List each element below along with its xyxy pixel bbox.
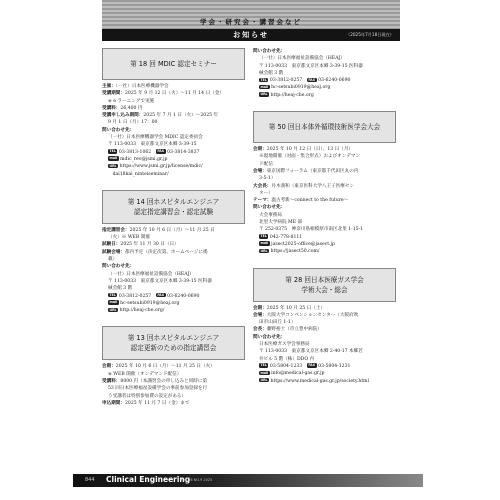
info-line: mailmdic_rev@jsmi.gr.jp	[102, 156, 245, 163]
info-line: URLhttp://heaj-che.org	[253, 92, 396, 99]
tel-icon: TEL	[259, 363, 268, 367]
tel-icon: TEL	[108, 149, 117, 153]
magazine-title: Clinical Engineering	[106, 475, 190, 484]
section-title-line: 認定指定講習会・認定試験	[103, 207, 244, 217]
field-label: 会場：	[253, 313, 267, 318]
field-value: 械会館 3 階	[259, 71, 283, 76]
info-line: 問い合わせ先：	[102, 263, 245, 270]
field-value: 03-5804-1233	[270, 364, 302, 369]
field-label: 申込期間：	[102, 401, 125, 406]
info-line: テーマ：温古考新～connect to the future～	[253, 197, 396, 204]
info-line: 試験日：2025 年 11 月 30 日（日）	[102, 241, 245, 248]
info-line: 械会館 3 階	[253, 70, 396, 77]
info-line: 北里大学病院 ME 部	[253, 219, 396, 226]
field-value: 2025 年 10 月 6 日（月）～11 月 25 日	[130, 228, 215, 233]
fax-icon: FAX	[307, 78, 317, 82]
field-label: 会長：	[253, 327, 267, 332]
date-note: （2025年7月18日現在）	[346, 32, 394, 38]
info-line: TEL03-5804-1233 FAX03-5804-1231	[253, 363, 396, 370]
field-value: 53 回日本医療福祉設備学会の事前参加登録を行	[108, 386, 207, 391]
info-line: 受講料：26,400 円	[102, 105, 245, 112]
header-category: 学会・研究会・講習会など	[102, 17, 400, 26]
field-value: ※ e ラーニングで実施	[108, 99, 154, 104]
info-line: う受講者は特別参加費の設定がある）	[102, 393, 245, 400]
info-line: 会場：東京国際フォーラム（東京都千代田区丸の内	[253, 168, 396, 175]
section-title: 第 13 回ホスピタルエンジニア認定更新のための指定講習会	[102, 326, 245, 360]
right-column: 問い合わせ先：（一社）日本医療福祉設備協会（HEAJ）〒 113-0033 東京…	[253, 48, 396, 385]
info-line: ター）	[253, 190, 396, 197]
fax-icon: FAX	[156, 149, 166, 153]
section-title-line: 学術大会・総会	[254, 285, 395, 295]
section-title-line: 第 18 回 MDIC 認定セミナー	[103, 59, 244, 69]
section-title-line: 認定更新のための指定講習会	[103, 343, 244, 353]
section-title-line: 第 28 回日本医療ガス学会	[254, 275, 395, 285]
field-label: 大会長：	[253, 184, 271, 189]
field-value: 042-778-8111	[270, 235, 302, 240]
section-title: 第 14 回ホスピタルエンジニア認定指定講習会・認定試験	[102, 190, 245, 224]
info-line: URLhttps://www.jsmi.gr.jp/license/mdic/	[102, 163, 245, 170]
info-line: mailhc-setsubi0919@heaj.org	[102, 300, 245, 307]
field-value: 26,400 円	[120, 106, 142, 111]
section-title: 第 50 回日本体外循環技術医学会大会	[253, 111, 396, 143]
info-line: ※ WEB 開催（オンデマンド配信）	[102, 371, 245, 378]
field-label: 問い合わせ先：	[253, 205, 285, 210]
field-value: 日本医療ガス学会事務局	[259, 342, 310, 347]
info-line: 会場：大阪大学コンベンションセンター（大阪府吹	[253, 312, 396, 319]
info-line: URLhttp://heaj-che.org/	[102, 307, 245, 314]
field-label: 会期：	[102, 364, 116, 369]
info-line: 受講料：8000 円（本講習会の申し込みと同時に第	[102, 378, 245, 385]
mail-icon: mail	[108, 156, 119, 160]
url-icon: URL	[259, 92, 269, 96]
field-value: 03-6240-0690	[318, 78, 350, 83]
url-icon: URL	[259, 249, 269, 253]
field-value: 井ビル 5 階（株）DDO 内	[259, 357, 314, 362]
field-value: 械会館 3 階	[108, 286, 132, 291]
field-value: 温古考新～connect to the future～	[271, 198, 348, 203]
field-value: 〒 113-0033 東京都文京区本郷 3-39-15 医科器	[108, 279, 212, 284]
info-line: ※現地開催（対面・集合形式）およびオンデマン	[253, 153, 396, 160]
field-value: 東京国際フォーラム（東京都千代田区丸の内	[267, 169, 359, 174]
section-title-line: 第 50 回日本体外循環技術医学会大会	[254, 122, 395, 132]
email-link[interactable]: mdic_rev@jsmi.gr.jp	[120, 157, 167, 162]
url-link[interactable]: https://jasect50.com/	[271, 249, 320, 254]
field-label: 問い合わせ先：	[102, 264, 134, 269]
mail-icon: mail	[259, 85, 270, 89]
email-link[interactable]: info@medical-gas.gr.jp	[271, 371, 324, 376]
info-line: mailhc-setsubi0919@heaj.org	[253, 84, 396, 91]
field-value: 丹木義和（東京医科大学八王子医療セン	[271, 184, 354, 189]
info-line: 受講申し込み期間：2025 年 7 月 1 日（火）～2025 年	[102, 112, 245, 119]
tel-icon: TEL	[259, 78, 268, 82]
info-line: mailinfo@medical-gas.gr.jp	[253, 370, 396, 377]
info-line: 会期：2025 年 10 月 6 日（月）～11 月 25 日（火）	[102, 363, 245, 370]
field-value: 03-6240-0690	[167, 294, 199, 299]
section-title: 第 18 回 MDIC 認定セミナー	[102, 48, 245, 80]
field-value: 都内予定（決定次第、ホームページに掲	[125, 250, 208, 255]
field-value: 03-3812-0257	[270, 78, 302, 83]
info-line: dai18kai_ninteiseminar/	[102, 171, 245, 178]
info-line: mailjasect2025-office@jasect.jp	[253, 241, 396, 248]
field-label: 問い合わせ先：	[253, 49, 285, 54]
field-label: 指定講習会：	[102, 228, 130, 233]
info-line: （一社）日本医療機器学会 MDIC 認定委員会	[102, 134, 245, 141]
field-value: 2025 年 10 月 12 日（日）、13 日（月）	[267, 147, 353, 152]
info-line: 問い合わせ先：	[102, 127, 245, 134]
volume-info: VOL.36 NO.9 2025	[180, 478, 212, 482]
field-value: 03-5804-1231	[318, 364, 350, 369]
info-line: 指定講習会：2025 年 10 月 6 日（月）～11 月 25 日	[102, 227, 245, 234]
info-line: 会期：2025 年 10 月 25 日（土）	[253, 305, 396, 312]
info-line: 〒 113-0033 東京都文京区本郷 3-39-15 医科器	[253, 63, 396, 70]
info-line: 大会事務局	[253, 212, 396, 219]
info-line: URLhttps://www.medical-gas.gr.jp/society…	[253, 378, 396, 385]
info-line: URLhttps://jasect50.com/	[253, 248, 396, 255]
info-line: TEL03-3812-0257 FAX03-6240-0690	[102, 293, 245, 300]
info-line: 〒 113-0033 東京都文京区本郷 3-39-15	[102, 141, 245, 148]
field-label: 受講料：	[102, 106, 120, 111]
info-line: 53 回日本医療福祉設備学会の事前参加登録を行	[102, 385, 245, 392]
field-value: 9 月 1 日（月）17：00	[108, 120, 157, 125]
info-line: 〒 113-0033 東京都文京区本郷 3-39-15 医科器	[102, 278, 245, 285]
tel-icon: TEL	[259, 234, 268, 238]
section-gap	[253, 99, 396, 111]
field-label: 受講申し込み期間：	[102, 113, 143, 118]
tel-icon: TEL	[108, 293, 117, 297]
mail-icon: mail	[108, 300, 119, 304]
info-line: 申込期間：2025 年 11 月 7 日（金）まで	[102, 400, 245, 407]
mail-icon: mail	[259, 371, 270, 375]
url-link[interactable]: http://heaj-che.org/	[120, 308, 165, 313]
info-line: （一社）日本医療福祉設備協会（HEAJ）	[253, 55, 396, 62]
info-line: 3-5-1）	[253, 175, 396, 182]
section-title-line: 第 14 回ホスピタルエンジニア	[103, 197, 244, 207]
info-line: ド配信	[253, 161, 396, 168]
page-footer: 844 Clinical Engineering VOL.36 NO.9 202…	[73, 474, 423, 487]
email-link[interactable]: hc-setsubi0919@heaj.org	[120, 301, 179, 306]
info-line: 問い合わせ先：	[253, 48, 396, 55]
field-value: う受講者は特別参加費の設定がある）	[108, 394, 186, 399]
field-value: 2025 年 11 月 30 日（日）	[120, 242, 178, 247]
field-label: 問い合わせ先：	[253, 335, 285, 340]
info-line: 会期：2025 年 10 月 12 日（日）、13 日（月）	[253, 146, 396, 153]
field-label: 会期：	[253, 306, 267, 311]
info-line: 載）	[102, 256, 245, 263]
field-value: 〒 113-0033 東京都文京区本郷 2-40-17 本郷若	[259, 349, 363, 354]
field-label: 受講期間：	[102, 91, 125, 96]
info-line: 〒 113-0033 東京都文京区本郷 2-40-17 本郷若	[253, 348, 396, 355]
info-line: TEL042-778-8111	[253, 234, 396, 241]
email-link[interactable]: jasect2025-office@jasect.jp	[271, 242, 335, 247]
field-label: 会場：	[253, 169, 267, 174]
field-value: 2025 年 9 月 12 日（火）～11 月 14 日（金）	[125, 91, 224, 96]
field-label: 試験日：	[102, 242, 120, 247]
field-value: 大会事務局	[259, 213, 282, 218]
info-line: （一社）日本医療福祉設備協会（HEAJ）	[102, 271, 245, 278]
email-link[interactable]: hc-setsubi0919@heaj.org	[271, 85, 330, 90]
field-value: 〒 113-0033 東京都文京区本郷 3-39-15 医科器	[259, 64, 363, 69]
field-value: 2025 年 10 月 6 日（月）～11 月 25 日（火）	[116, 364, 215, 369]
info-line: 試験会場：都内予定（決定次第、ホームページに掲	[102, 249, 245, 256]
mail-icon: mail	[259, 241, 270, 245]
field-value: ター）	[259, 191, 273, 196]
field-value: 03-3812-0257	[119, 294, 151, 299]
field-label: 主催：	[102, 84, 116, 89]
info-line: 問い合わせ先：	[253, 334, 396, 341]
info-line: 日本医療ガス学会事務局	[253, 341, 396, 348]
url-icon: URL	[108, 308, 118, 312]
section-gap	[102, 178, 245, 190]
fax-icon: FAX	[156, 293, 166, 297]
field-label: 問い合わせ先：	[102, 128, 134, 133]
field-label: 受講料：	[102, 379, 120, 384]
field-value: 〒 113-0033 東京都文京区本郷 3-39-15	[108, 142, 197, 147]
info-line: TEL03-3813-1062 FAX03-3814-3837	[102, 149, 245, 156]
info-line: 9 月 1 日（月）17：00	[102, 119, 245, 126]
field-value: dai18kai_ninteiseminar/	[108, 172, 169, 177]
field-value: （一社）日本医療福祉設備協会（HEAJ）	[259, 56, 345, 61]
info-line: 井ビル 5 階（株）DDO 内	[253, 356, 396, 363]
info-line: TEL03-3812-0257 FAX03-6240-0690	[253, 77, 396, 84]
field-value: 3-5-1）	[259, 176, 275, 181]
url-icon: URL	[108, 164, 118, 168]
info-line: 田市山田丘 1-1）	[253, 319, 396, 326]
field-value: 03-3813-1062	[119, 150, 151, 155]
field-value: 2025 年 10 月 25 日（土）	[267, 306, 325, 311]
section-title-line: 第 13 回ホスピタルエンジニア	[103, 333, 244, 343]
field-value: ※現地開催（対面・集合形式）およびオンデマン	[259, 154, 360, 159]
field-label: 試験会場：	[102, 250, 125, 255]
info-line: 受講期間：2025 年 9 月 12 日（火）～11 月 14 日（金）	[102, 90, 245, 97]
field-value: ド配信	[259, 162, 273, 167]
field-value: 載）	[108, 257, 117, 262]
info-line: 大会長：丹木義和（東京医科大学八王子医療セン	[253, 183, 396, 190]
field-value: （火）※ WEB 開催	[108, 235, 150, 240]
fax-icon: FAX	[307, 363, 317, 367]
field-value: 03-3814-3837	[167, 150, 199, 155]
url-link[interactable]: https://www.medical-gas.gr.jp/society.ht…	[271, 379, 369, 384]
field-value: 2025 年 11 月 7 日（金）まで	[125, 401, 190, 406]
field-label: 会期：	[253, 147, 267, 152]
section-gap	[102, 314, 245, 326]
field-value: （一社）日本医療機器学会 MDIC 認定委員会	[108, 135, 203, 140]
info-line: 〒 252-0375 神奈川県相模原市南区北里 1-15-1	[253, 226, 396, 233]
info-line: ※ e ラーニングで実施	[102, 98, 245, 105]
field-value: ※ WEB 開催（オンデマンド配信）	[108, 372, 181, 377]
field-value: 大阪大学コンベンションセンター（大阪府吹	[267, 313, 359, 318]
field-value: 〒 252-0375 神奈川県相模原市南区北里 1-15-1	[259, 227, 363, 232]
field-value: （一社）日本医療機器学会	[116, 84, 169, 89]
left-column: 第 18 回 MDIC 認定セミナー主催：（一社）日本医療機器学会受講期間：20…	[102, 48, 245, 407]
info-line: （火）※ WEB 開催	[102, 234, 245, 241]
section-gap	[253, 256, 396, 268]
url-icon: URL	[259, 378, 269, 382]
info-line: 問い合わせ先：	[253, 204, 396, 211]
url-link[interactable]: http://heaj-che.org	[271, 93, 314, 98]
info-line: 会長：藤野裕士（市立豊中病院）	[253, 326, 396, 333]
header-title-bar: お知らせ （2025年7月18日現在）	[102, 29, 400, 41]
url-link[interactable]: https://www.jsmi.gr.jp/license/mdic/	[120, 164, 203, 169]
field-value: 田市山田丘 1-1）	[259, 320, 295, 325]
field-label: テーマ：	[253, 198, 271, 203]
field-value: 藤野裕士（市立豊中病院）	[267, 327, 322, 332]
field-value: 2025 年 7 月 1 日（火）～2025 年	[143, 113, 218, 118]
section-title: 第 28 回日本医療ガス学会学術大会・総会	[253, 268, 396, 302]
field-value: 北里大学病院 ME 部	[259, 220, 302, 225]
info-line: 主催：（一社）日本医療機器学会	[102, 83, 245, 90]
page-number: 844	[85, 477, 95, 483]
field-value: 8000 円（本講習会の申し込みと同時に第	[120, 379, 207, 384]
info-line: 械会館 3 階	[102, 285, 245, 292]
field-value: （一社）日本医療福祉設備協会（HEAJ）	[108, 272, 194, 277]
